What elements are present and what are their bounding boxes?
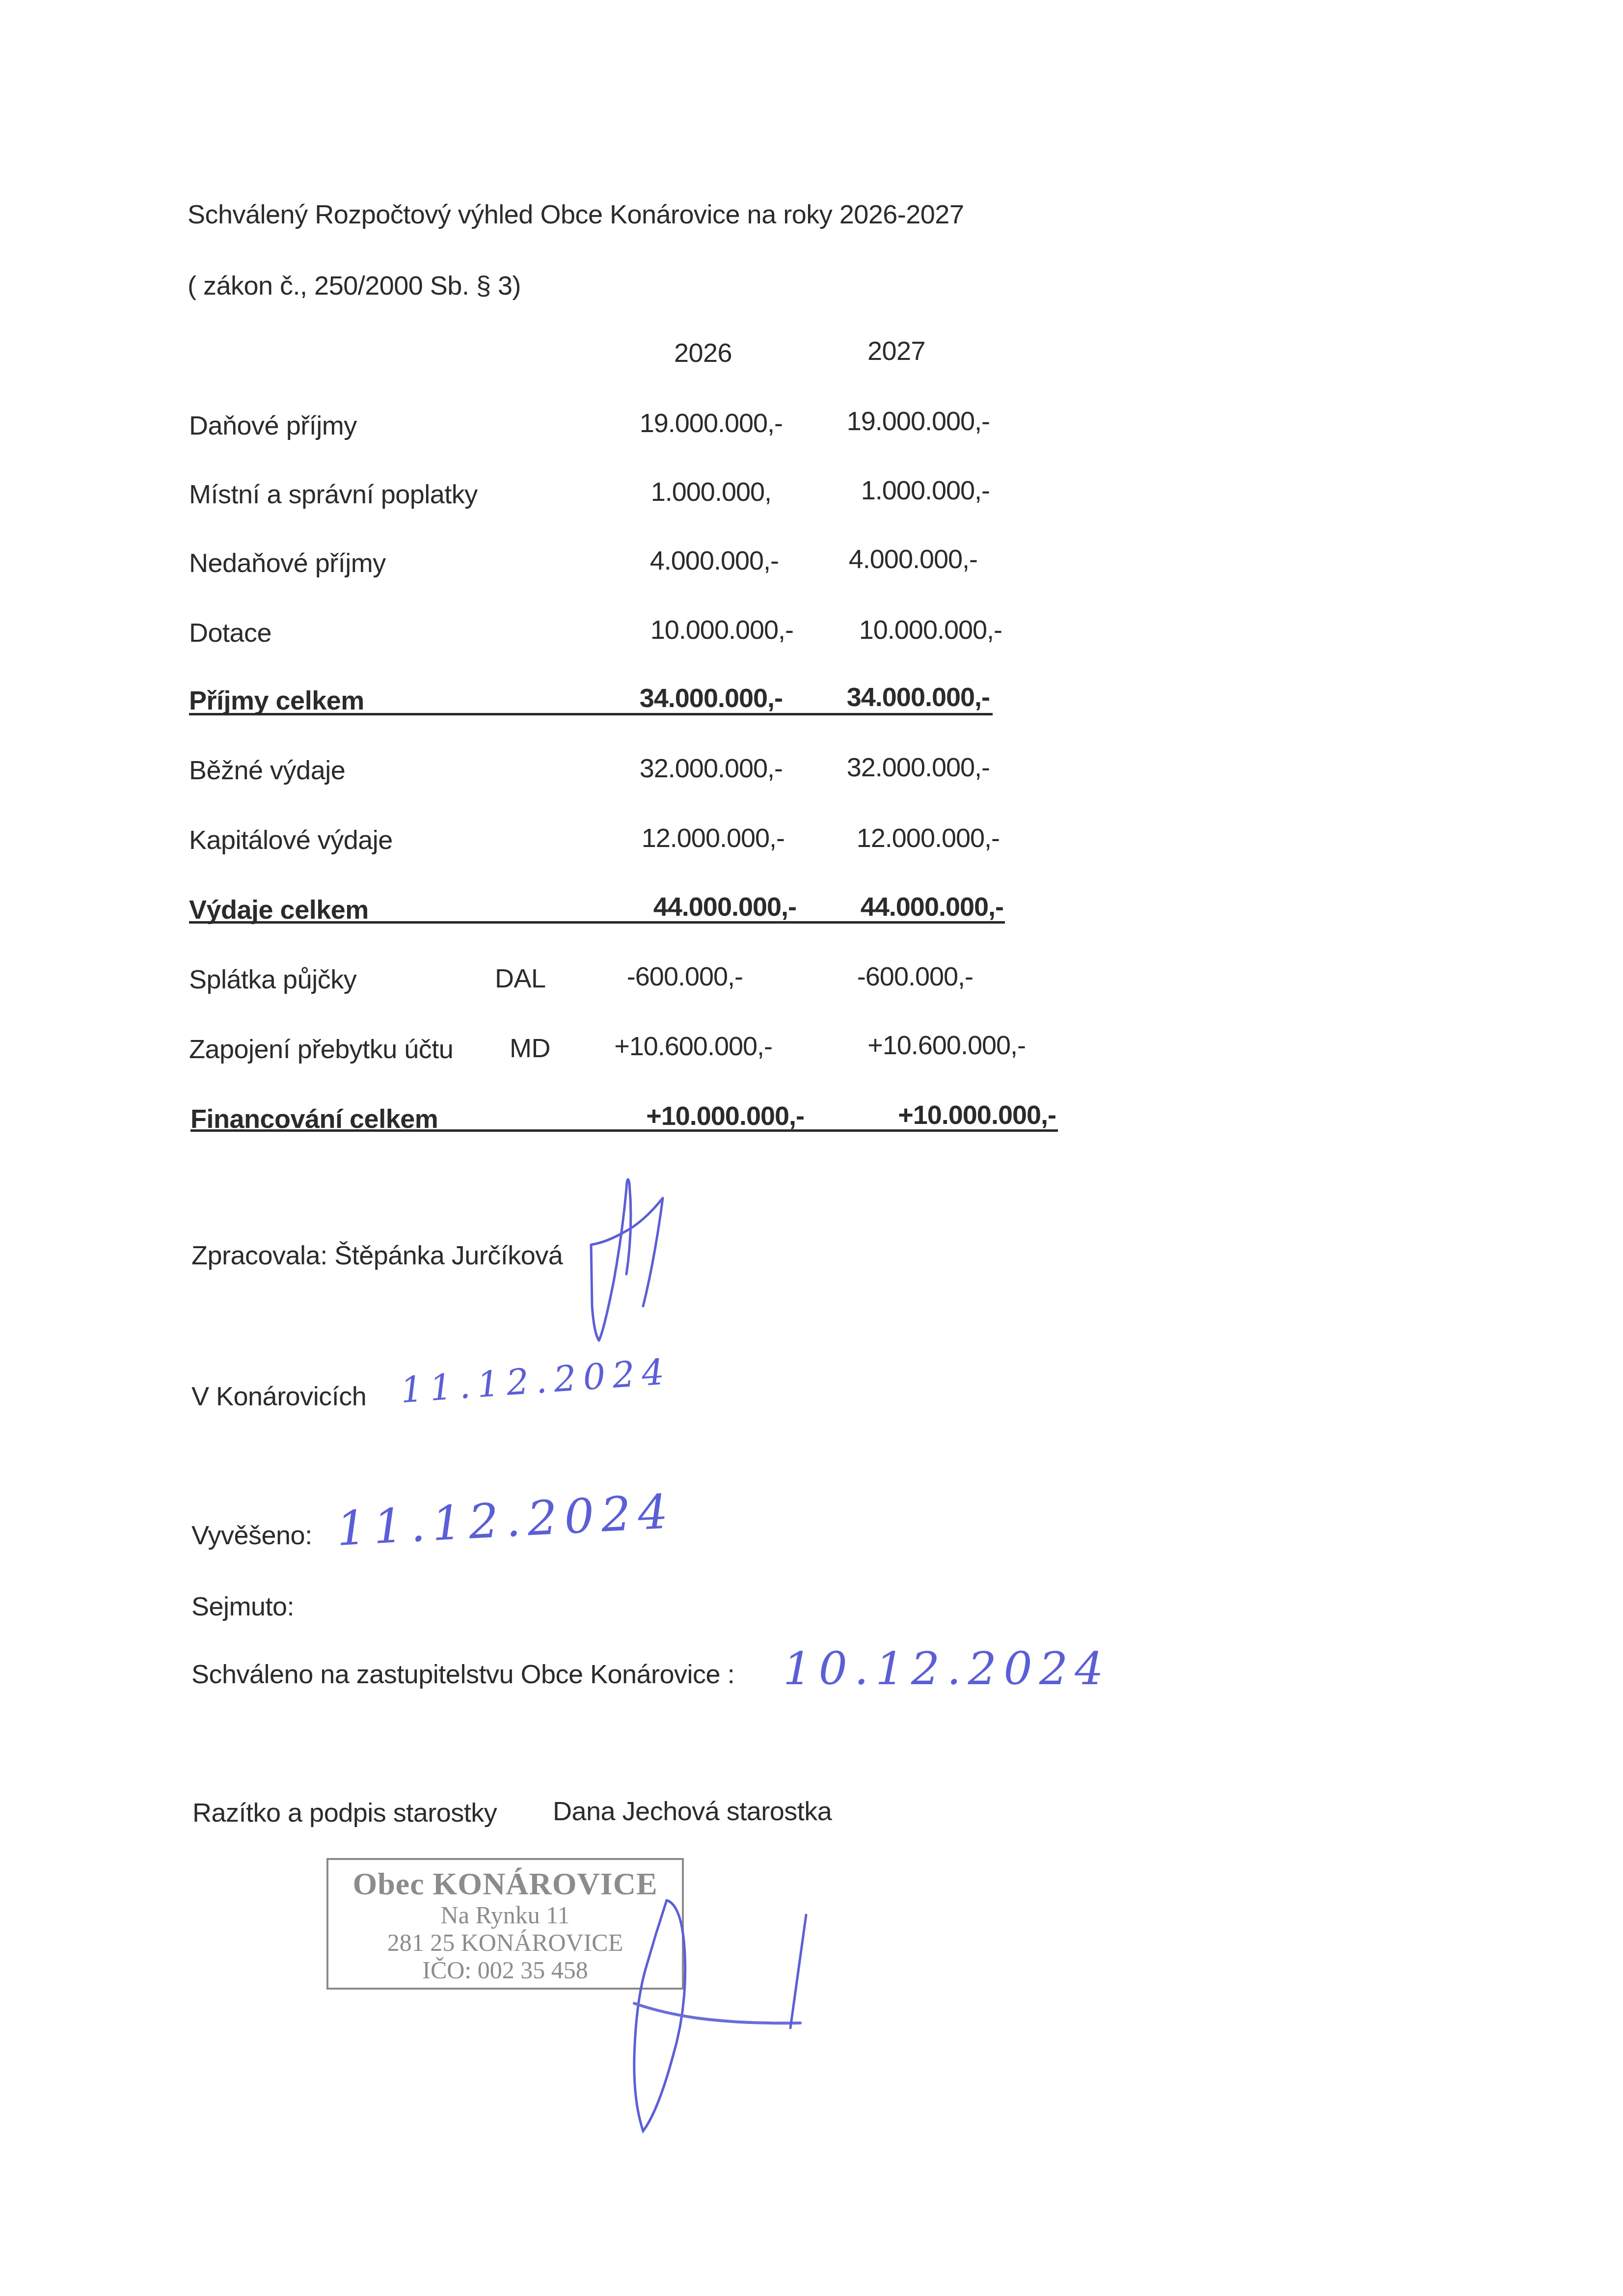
row-label: Daňové příjmy [189, 412, 357, 439]
row-label: Financování celkem [190, 1106, 438, 1132]
value-2027: 34.000.000,- [847, 684, 990, 711]
row-label: Příjmy celkem [189, 687, 364, 714]
posted-label: Vyvěšeno: [191, 1522, 312, 1549]
column-header-2027: 2027 [867, 338, 925, 364]
row-label: Výdaje celkem [189, 897, 369, 923]
place-date-handwritten: 11.12.2024 [399, 1351, 673, 1411]
value-2027: 44.000.000,- [861, 894, 1003, 920]
value-2027: 1.000.000,- [861, 477, 990, 504]
value-2026: 12.000.000,- [642, 825, 784, 851]
posted-date-handwritten: 11.12.2024 [335, 1484, 676, 1557]
value-2027: 32.000.000,- [847, 754, 990, 781]
value-2026: 4.000.000,- [650, 547, 779, 574]
value-2026: -600.000,- [627, 963, 743, 990]
value-2027: 12.000.000,- [857, 825, 1000, 851]
value-2026: +10.000.000,- [646, 1103, 804, 1129]
value-2027: +10.600.000,- [867, 1032, 1026, 1059]
mayor-name: Dana Jechová starostka [553, 1798, 832, 1825]
row-code: MD [510, 1035, 550, 1062]
value-2027: 19.000.000,- [847, 408, 990, 435]
value-2027: -600.000,- [857, 963, 973, 990]
prepared-by: Zpracovala: Štěpánka Jurčíková [191, 1242, 563, 1269]
value-2026: 19.000.000,- [640, 410, 783, 437]
value-2026: 34.000.000,- [640, 685, 783, 711]
approved-label: Schváleno na zastupitelstvu Obce Konárov… [191, 1661, 734, 1688]
value-2026: +10.600.000,- [614, 1033, 772, 1060]
row-label: Splátka půjčky [189, 966, 356, 993]
value-2027: 10.000.000,- [859, 617, 1002, 643]
value-2026: 44.000.000,- [653, 894, 796, 920]
row-code: DAL [495, 965, 546, 992]
total-underline [189, 713, 993, 715]
mayor-signature-icon [623, 1895, 820, 2141]
value-2026: 1.000.000, [651, 479, 771, 505]
row-label: Nedaňové příjmy [189, 550, 386, 576]
row-label: Kapitálové výdaje [189, 827, 393, 853]
value-2027: 4.000.000,- [849, 546, 977, 573]
law-reference: ( zákon č., 250/2000 Sb. § 3) [188, 273, 521, 299]
total-underline [190, 1129, 1058, 1132]
value-2027: +10.000.000,- [898, 1102, 1056, 1128]
value-2026: 32.000.000,- [640, 755, 783, 782]
removed-label: Sejmuto: [191, 1593, 294, 1620]
place-label: V Konárovicích [191, 1383, 366, 1410]
column-header-2026: 2026 [674, 340, 732, 366]
document-title: Schválený Rozpočtový výhled Obce Konárov… [188, 201, 964, 228]
value-2026: 10.000.000,- [650, 617, 793, 643]
approved-date-handwritten: 10.12.2024 [783, 1642, 1110, 1695]
row-label: Dotace [189, 620, 271, 646]
row-label: Zapojení přebytku účtu [189, 1036, 453, 1063]
row-label: Místní a správní poplatky [189, 481, 478, 508]
preparer-signature-icon [579, 1169, 697, 1345]
stamp-signature-label: Razítko a podpis starostky [192, 1800, 497, 1826]
total-underline [189, 921, 1005, 924]
row-label: Běžné výdaje [189, 757, 345, 784]
